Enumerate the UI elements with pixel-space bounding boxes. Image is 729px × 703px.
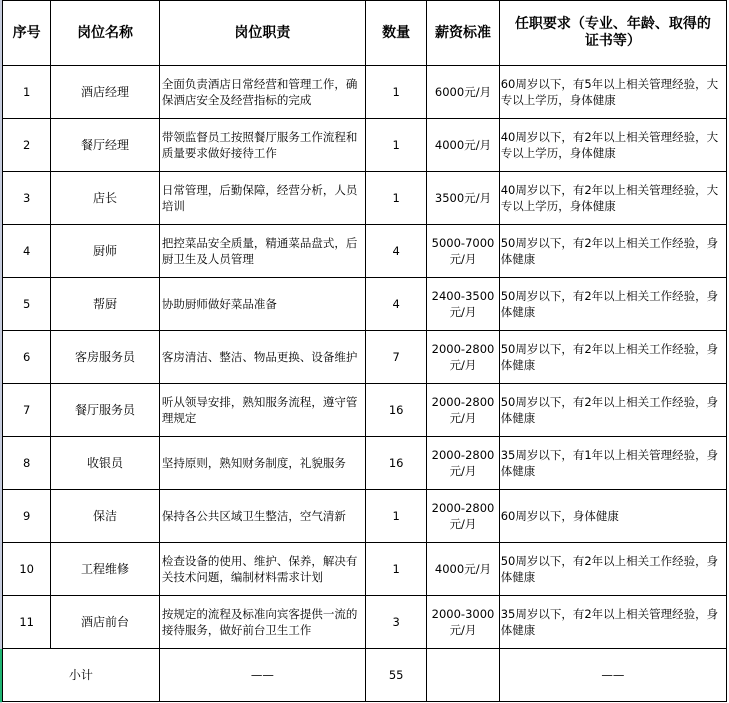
cell-position-name[interactable]: 餐厅服务员 <box>51 384 160 437</box>
cell-qty[interactable]: 3 <box>365 596 426 649</box>
cell-qty[interactable]: 1 <box>365 119 426 172</box>
cell-salary[interactable]: 2400-3500元/月 <box>427 278 499 331</box>
header-row: 序号 岗位名称 岗位职责 数量 薪资标准 任职要求（专业、年龄、取得的证书等） <box>3 1 727 66</box>
cell-requirements[interactable]: 35周岁以下，有1年以上相关管理经验，身体健康 <box>499 437 726 490</box>
total-row: 小计 —— 55 —— <box>3 649 727 702</box>
cell-position-name[interactable]: 帮厨 <box>51 278 160 331</box>
cell-position-name[interactable]: 收银员 <box>51 437 160 490</box>
cell-duty[interactable]: 把控菜品安全质量，精通菜品盘式，后厨卫生及人员管理 <box>159 225 365 278</box>
cell-no[interactable]: 2 <box>3 119 51 172</box>
cell-duty[interactable]: 日常管理，后勤保障，经营分析，人员培训 <box>159 172 365 225</box>
cell-requirements[interactable]: 40周岁以下，有2年以上相关管理经验，大专以上学历，身体健康 <box>499 119 726 172</box>
table-row: 10工程维修检查设备的使用、维护、保养，解决有关技术问题，编制材料需求计划140… <box>3 543 727 596</box>
table-row: 8收银员坚持原则，熟知财务制度，礼貌服务162000-2800元/月35周岁以下… <box>3 437 727 490</box>
cell-position-name[interactable]: 工程维修 <box>51 543 160 596</box>
cell-salary[interactable]: 2000-2800元/月 <box>427 490 499 543</box>
cell-position-name[interactable]: 厨师 <box>51 225 160 278</box>
cell-qty[interactable]: 16 <box>365 384 426 437</box>
table-row: 5帮厨协助厨师做好菜品准备42400-3500元/月50周岁以下，有2年以上相关… <box>3 278 727 331</box>
header-qty[interactable]: 数量 <box>365 1 426 66</box>
cell-requirements[interactable]: 50周岁以下，有2年以上相关工作经验，身体健康 <box>499 543 726 596</box>
total-salary[interactable] <box>427 649 499 702</box>
cell-qty[interactable]: 4 <box>365 225 426 278</box>
cell-position-name[interactable]: 酒店经理 <box>51 66 160 119</box>
cell-salary[interactable]: 2000-2800元/月 <box>427 437 499 490</box>
header-requirements[interactable]: 任职要求（专业、年龄、取得的证书等） <box>499 1 726 66</box>
table-row: 4厨师把控菜品安全质量，精通菜品盘式，后厨卫生及人员管理45000-7000元/… <box>3 225 727 278</box>
cell-qty[interactable]: 1 <box>365 490 426 543</box>
header-name[interactable]: 岗位名称 <box>51 1 160 66</box>
cell-requirements[interactable]: 40周岁以下，有2年以上相关管理经验，大专以上学历，身体健康 <box>499 172 726 225</box>
header-salary[interactable]: 薪资标准 <box>427 1 499 66</box>
cell-no[interactable]: 10 <box>3 543 51 596</box>
cell-position-name[interactable]: 酒店前台 <box>51 596 160 649</box>
cell-position-name[interactable]: 餐厅经理 <box>51 119 160 172</box>
cell-duty[interactable]: 按规定的流程及标准向宾客提供一流的接待服务，做好前台卫生工作 <box>159 596 365 649</box>
cell-duty[interactable]: 保持各公共区域卫生整洁，空气清新 <box>159 490 365 543</box>
cell-duty[interactable]: 协助厨师做好菜品准备 <box>159 278 365 331</box>
cell-qty[interactable]: 1 <box>365 172 426 225</box>
table-row: 6客房服务员客房清洁、整洁、物品更换、设备维护72000-2800元/月50周岁… <box>3 331 727 384</box>
cell-qty[interactable]: 1 <box>365 66 426 119</box>
cell-duty[interactable]: 听从领导安排，熟知服务流程，遵守管理规定 <box>159 384 365 437</box>
total-qty[interactable]: 55 <box>365 649 426 702</box>
cell-requirements[interactable]: 50周岁以下，有2年以上相关工作经验，身体健康 <box>499 278 726 331</box>
cell-no[interactable]: 3 <box>3 172 51 225</box>
cell-no[interactable]: 9 <box>3 490 51 543</box>
cell-qty[interactable]: 4 <box>365 278 426 331</box>
cell-position-name[interactable]: 客房服务员 <box>51 331 160 384</box>
table-row: 3店长日常管理，后勤保障，经营分析，人员培训13500元/月40周岁以下，有2年… <box>3 172 727 225</box>
cell-position-name[interactable]: 保洁 <box>51 490 160 543</box>
cell-salary[interactable]: 5000-7000元/月 <box>427 225 499 278</box>
recruitment-table: 序号 岗位名称 岗位职责 数量 薪资标准 任职要求（专业、年龄、取得的证书等） … <box>2 0 727 702</box>
cell-salary[interactable]: 3500元/月 <box>427 172 499 225</box>
cell-requirements[interactable]: 35周岁以下，有2年以上相关管理经验，身体健康 <box>499 596 726 649</box>
cell-position-name[interactable]: 店长 <box>51 172 160 225</box>
table-row: 1酒店经理全面负责酒店日常经营和管理工作，确保酒店安全及经营指标的完成16000… <box>3 66 727 119</box>
cell-duty[interactable]: 带领监督员工按照餐厅服务工作流程和质量要求做好接待工作 <box>159 119 365 172</box>
cell-duty[interactable]: 客房清洁、整洁、物品更换、设备维护 <box>159 331 365 384</box>
cell-qty[interactable]: 1 <box>365 543 426 596</box>
table-row: 11酒店前台按规定的流程及标准向宾客提供一流的接待服务，做好前台卫生工作3200… <box>3 596 727 649</box>
table-row: 7餐厅服务员听从领导安排，熟知服务流程，遵守管理规定162000-2800元/月… <box>3 384 727 437</box>
cell-requirements[interactable]: 60周岁以下，身体健康 <box>499 490 726 543</box>
header-duty[interactable]: 岗位职责 <box>159 1 365 66</box>
cell-salary[interactable]: 6000元/月 <box>427 66 499 119</box>
cell-salary[interactable]: 4000元/月 <box>427 119 499 172</box>
cell-requirements[interactable]: 50周岁以下，有2年以上相关工作经验，身体健康 <box>499 225 726 278</box>
cell-no[interactable]: 11 <box>3 596 51 649</box>
cell-salary[interactable]: 2000-2800元/月 <box>427 384 499 437</box>
cell-duty[interactable]: 坚持原则，熟知财务制度，礼貌服务 <box>159 437 365 490</box>
cell-salary[interactable]: 4000元/月 <box>427 543 499 596</box>
header-no[interactable]: 序号 <box>3 1 51 66</box>
table-row: 9保洁保持各公共区域卫生整洁，空气清新12000-2800元/月60周岁以下，身… <box>3 490 727 543</box>
total-requirements[interactable]: —— <box>499 649 726 702</box>
cell-requirements[interactable]: 60周岁以下，有5年以上相关管理经验，大专以上学历，身体健康 <box>499 66 726 119</box>
cell-no[interactable]: 8 <box>3 437 51 490</box>
cell-salary[interactable]: 2000-3000元/月 <box>427 596 499 649</box>
table-row: 2餐厅经理带领监督员工按照餐厅服务工作流程和质量要求做好接待工作14000元/月… <box>3 119 727 172</box>
cell-no[interactable]: 4 <box>3 225 51 278</box>
cell-duty[interactable]: 全面负责酒店日常经营和管理工作，确保酒店安全及经营指标的完成 <box>159 66 365 119</box>
cell-requirements[interactable]: 50周岁以下，有2年以上相关工作经验，身体健康 <box>499 331 726 384</box>
cell-qty[interactable]: 7 <box>365 331 426 384</box>
cell-qty[interactable]: 16 <box>365 437 426 490</box>
total-label[interactable]: 小计 <box>3 649 160 702</box>
cell-no[interactable]: 6 <box>3 331 51 384</box>
cell-requirements[interactable]: 50周岁以下，有2年以上相关工作经验，身体健康 <box>499 384 726 437</box>
cell-salary[interactable]: 2000-2800元/月 <box>427 331 499 384</box>
total-duty[interactable]: —— <box>159 649 365 702</box>
cell-no[interactable]: 7 <box>3 384 51 437</box>
cell-no[interactable]: 1 <box>3 66 51 119</box>
cell-duty[interactable]: 检查设备的使用、维护、保养，解决有关技术问题，编制材料需求计划 <box>159 543 365 596</box>
cell-no[interactable]: 5 <box>3 278 51 331</box>
